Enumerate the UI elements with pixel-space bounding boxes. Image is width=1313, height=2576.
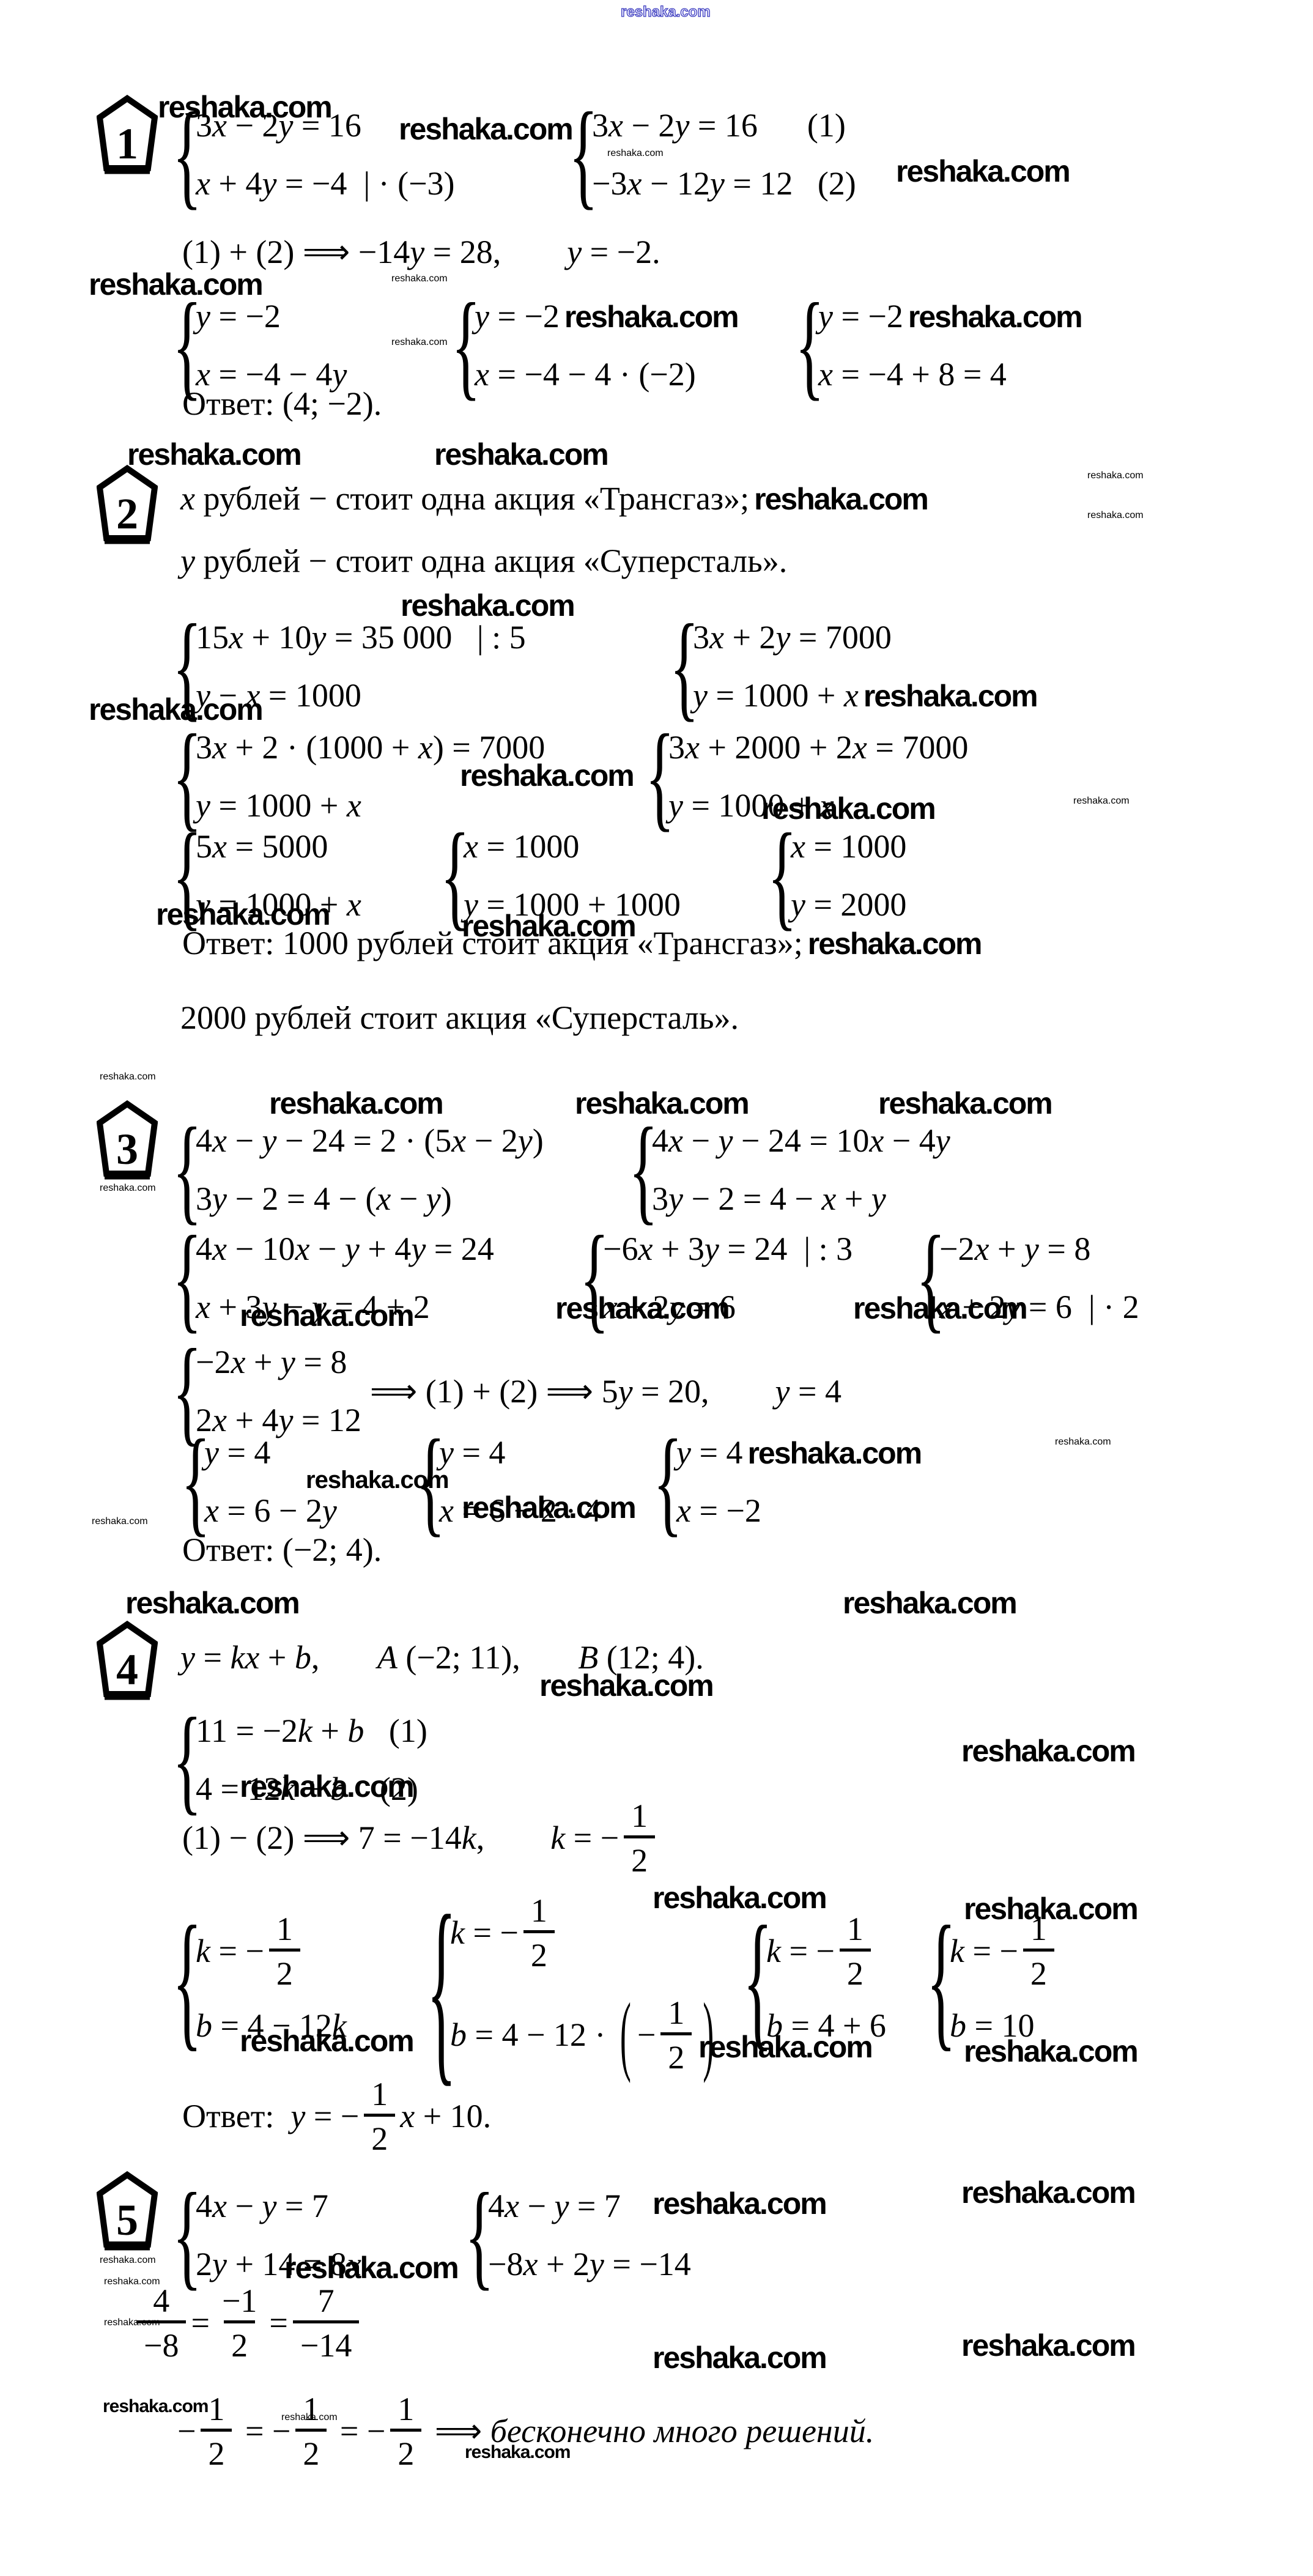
p4-kb-system-2: { k = −12 b = 4 − 12 · (−12) [427, 1887, 720, 2092]
numerator: 1 [364, 2078, 395, 2114]
p2-statement-y: y рублей − стоит одна акция «Суперсталь»… [180, 541, 787, 581]
fraction: −12 [215, 2284, 264, 2362]
p2-answer-line-2: 2000 рублей стоит акция «Суперсталь». [180, 998, 739, 1038]
denominator: −14 [293, 2320, 359, 2362]
watermark: reshaka.com [1087, 511, 1144, 520]
p2-system-7: { x = 1000 y = 2000 [767, 818, 906, 934]
watermark: reshaka.com [864, 681, 1037, 711]
watermark: reshaka.com [747, 1438, 921, 1468]
watermark: reshaka.com [391, 338, 448, 347]
equation-text: k = − [950, 1931, 1018, 1971]
p3-answer: Ответ: (−2; 4). [182, 1530, 382, 1570]
brace: { [629, 1111, 652, 1230]
watermark: reshaka.com [100, 1183, 156, 1193]
equation: y = 4 [439, 1424, 601, 1482]
brace: { [451, 286, 475, 405]
equation: x = 1000 [791, 818, 906, 876]
watermark: reshaka.com [808, 928, 982, 959]
p1-answer: Ответ: (4; −2). [182, 384, 382, 424]
equation: 3x − 2y = 16 (1) [592, 97, 856, 155]
p3-substitution-system-3: { y = 4reshaka.com x = −2 [653, 1424, 921, 1540]
problem-2-number: 2 [97, 473, 158, 554]
answer-post: x + 10. [400, 2097, 491, 2136]
problem-3-number: 3 [97, 1109, 158, 1190]
equation: 3x + 2y = 7000 [693, 609, 1037, 667]
p3-elimination-step: ⟹ (1) + (2) ⟹ 5y = 20, y = 4 [370, 1372, 841, 1412]
fraction: 12 [840, 1912, 871, 1990]
problem-2-badge: 2 [97, 465, 158, 546]
brace: { [172, 1219, 196, 1338]
numerator: 1 [201, 2393, 232, 2429]
p5-conclusion-row: − 12 = − 12 = − 12 ⟹ бесконечно много ре… [177, 2385, 874, 2477]
equation-text: y = 4 [676, 1433, 742, 1473]
problem-4-number: 4 [97, 1629, 158, 1710]
minus-sign: − [177, 2411, 196, 2451]
denominator: 2 [364, 2114, 395, 2155]
p5-ratio-row: 4−8 = −12 = 7−14 [131, 2274, 364, 2372]
problem-4-badge: 4 [97, 1621, 158, 1701]
p4-kb-system-4: { k = −12 b = 10 [926, 1905, 1059, 2055]
watermark: reshaka.com [964, 2036, 1137, 2067]
watermark: reshaka.com [843, 1588, 1016, 1618]
denominator: 2 [660, 2032, 692, 2074]
fraction: 12 [390, 2393, 421, 2470]
denominator: 2 [201, 2429, 232, 2470]
denominator: 2 [224, 2320, 255, 2362]
equation-text: k = − [450, 1913, 519, 1953]
numerator: 1 [295, 2393, 327, 2429]
watermark: reshaka.com [555, 1293, 729, 1323]
fraction: 12 [523, 1894, 555, 1972]
watermark: reshaka.com [1055, 1437, 1111, 1447]
equation: k = −12 [450, 1887, 720, 1978]
equation: 11 = −2k + b (1) [196, 1702, 427, 1760]
watermark: reshaka.com [961, 2330, 1135, 2361]
brace: { [767, 816, 791, 936]
watermark: reshaka.com [399, 114, 572, 144]
denominator: 2 [523, 1930, 555, 1972]
equation: 3x + 2000 + 2x = 7000 [668, 719, 968, 777]
equation-text: k = − [766, 1931, 835, 1971]
equation: x = −4 + 8 = 4 [818, 346, 1082, 404]
p1-substitution-system-3: { y = −2reshaka.com x = −4 + 8 = 4 [795, 287, 1082, 404]
brace: { [416, 1423, 439, 1542]
numerator: 1 [1023, 1912, 1054, 1949]
p4-elimination-step: (1) − (2) ⟹ 7 = −14k, k = − 12 [182, 1792, 660, 1884]
equation: −3x − 12y = 12 (2) [592, 155, 856, 213]
equation-text: y = −2 [818, 297, 903, 336]
equation: x = −2 [676, 1482, 921, 1540]
equation: k = −12 [950, 1905, 1059, 1997]
denominator: 2 [269, 1949, 300, 1990]
watermark: reshaka.com [391, 274, 448, 284]
fraction: 12 [269, 1912, 300, 1990]
equation: 4x − y − 24 = 2 · (5x − 2y) [196, 1112, 544, 1170]
denominator: 2 [624, 1835, 655, 1877]
equals-sign: = [191, 2303, 209, 2343]
watermark: reshaka.com [896, 156, 1070, 187]
fraction: 12 [201, 2393, 232, 2470]
numerator: 1 [624, 1799, 655, 1835]
brace: { [172, 95, 196, 215]
numerator: 1 [660, 1996, 692, 2032]
p3-system-expanded: { 4x − y − 24 = 10x − 4y 3y − 2 = 4 − x … [629, 1112, 950, 1228]
watermark: reshaka.com [754, 484, 928, 514]
brace: { [569, 95, 592, 215]
watermark: reshaka.com [853, 1293, 1027, 1323]
fraction: 12 [364, 2078, 395, 2155]
watermark: reshaka.com [698, 2032, 872, 2062]
brace: { [795, 286, 818, 405]
equation-text: b = 4 − 12 · [450, 2015, 614, 2055]
watermark: reshaka.com [653, 2342, 826, 2373]
watermark-top: reshaka.com [621, 4, 711, 21]
brace: { [440, 816, 464, 936]
problem-3-badge: 3 [97, 1100, 158, 1181]
watermark: reshaka.com [100, 1072, 156, 1082]
watermark: reshaka.com [462, 1492, 635, 1523]
numerator: −1 [215, 2284, 264, 2320]
problem-1-badge: 1 [97, 95, 158, 176]
fraction: 12 [1023, 1912, 1054, 1990]
p1-substitution-system-2: { y = −2reshaka.com x = −4 − 4 · (−2) [451, 287, 738, 404]
p4-answer: Ответ: y = − 12 x + 10. [182, 2070, 491, 2162]
watermark: reshaka.com [961, 1736, 1135, 1766]
problem-5-number: 5 [97, 2180, 158, 2260]
watermark: reshaka.com [104, 2318, 160, 2328]
watermark: reshaka.com [240, 1300, 413, 1331]
minus-sign: − [637, 2015, 656, 2055]
equation: y = −2reshaka.com [475, 287, 738, 346]
fraction: 7−14 [293, 2284, 359, 2362]
watermark: reshaka.com [460, 760, 634, 791]
watermark: reshaka.com [240, 2026, 413, 2056]
problem-5-badge: 5 [97, 2171, 158, 2252]
equals-minus: = − [331, 2411, 385, 2451]
denominator: 2 [1023, 1949, 1054, 1990]
left-paren: ( [620, 1982, 631, 2089]
watermark: reshaka.com [607, 149, 664, 158]
brace: { [172, 1904, 196, 2057]
fraction: 12 [624, 1799, 655, 1877]
watermark: reshaka.com [92, 1517, 148, 1527]
numerator: 7 [311, 2284, 342, 2320]
brace: { [181, 1423, 204, 1542]
equation-text: y = −2 [475, 297, 560, 336]
numerator: 4 [146, 2284, 177, 2320]
problem-1-number: 1 [97, 103, 158, 184]
equation: x = 1000 [464, 818, 681, 876]
implies-arrow: ⟹ [426, 2411, 490, 2451]
equation: 4x − y = 7 [196, 2177, 361, 2235]
watermark: reshaka.com [539, 1670, 713, 1701]
watermark: reshaka.com [564, 302, 738, 332]
equation: −2x + y = 8 [196, 1333, 361, 1391]
equation: x = −4 − 4 · (−2) [475, 346, 738, 404]
denominator: 2 [840, 1949, 871, 1990]
denominator: 2 [390, 2429, 421, 2470]
equation: 3y − 2 = 4 − x + y [652, 1170, 950, 1228]
equation: 5x = 5000 [196, 818, 361, 876]
watermark: reshaka.com [1073, 796, 1130, 806]
equation: y = 4reshaka.com [676, 1424, 921, 1482]
equals-minus: = − [237, 2411, 290, 2451]
watermark: reshaka.com [653, 2188, 826, 2219]
fraction: 12 [295, 2393, 327, 2470]
equation: −6x + 3y = 24 | : 3 [603, 1220, 853, 1278]
equation: y = −2 [196, 287, 347, 346]
p1-elimination-step: (1) + (2) ⟹ −14y = 28, y = −2. [182, 232, 660, 272]
solution-sheet: reshaka.com 1 reshaka.com { 3x − 2y = 16… [0, 0, 1313, 2576]
watermark: reshaka.com [1087, 471, 1144, 481]
numerator: 1 [269, 1912, 300, 1949]
equation: 3y − 2 = 4 − (x − y) [196, 1170, 544, 1228]
equation: y = −2reshaka.com [818, 287, 1082, 346]
p2-system-2: { 3x + 2y = 7000 y = 1000 + xreshaka.com [670, 609, 1037, 725]
p5-conclusion-text: бесконечно много решений. [490, 2411, 875, 2451]
equation: −2x + y = 8 [939, 1220, 1139, 1278]
watermark: reshaka.com [908, 302, 1082, 332]
answer-text: Ответ: 1000 рублей стоит акция «Трансгаз… [182, 925, 803, 961]
statement-text: x рублей − стоит одна акция «Трансгаз»; [180, 480, 749, 517]
equals-sign: = [269, 2303, 287, 2343]
numerator: 1 [840, 1912, 871, 1949]
step-text: (1) − (2) ⟹ 7 = −14k, k = − [182, 1818, 619, 1858]
watermark: reshaka.com [961, 2177, 1135, 2208]
denominator: 2 [295, 2429, 327, 2470]
p2-answer-line-1: Ответ: 1000 рублей стоит акция «Трансгаз… [182, 923, 982, 963]
brace: { [926, 1904, 950, 2057]
equation: k = −12 [196, 1905, 347, 1997]
answer-pre: Ответ: y = − [182, 2097, 359, 2136]
equation: k = −12 [766, 1905, 886, 1997]
equation: 15x + 10y = 35 000 | : 5 [196, 609, 526, 667]
equation: 4x − 10x − y + 4y = 24 [196, 1220, 494, 1278]
equation-text: k = − [196, 1931, 264, 1971]
p3-system-original: { 4x − y − 24 = 2 · (5x − 2y) 3y − 2 = 4… [172, 1112, 544, 1228]
fraction: 12 [660, 1996, 692, 2074]
watermark: reshaka.com [434, 439, 608, 470]
watermark: reshaka.com [125, 1588, 299, 1618]
brace: { [465, 2176, 488, 2295]
numerator: 1 [390, 2393, 421, 2429]
equation: −8x + 2y = −14 [488, 2235, 691, 2293]
equation: 4x − y − 24 = 10x − 4y [652, 1112, 950, 1170]
brace: { [653, 1423, 676, 1542]
watermark: reshaka.com [100, 2256, 156, 2265]
p2-statement-x: x рублей − стоит одна акция «Трансгаз»;r… [180, 479, 928, 519]
brace: { [427, 1886, 450, 2093]
equation: y = 1000 + xreshaka.com [693, 667, 1037, 725]
equation: x + 4y = −4 | · (−3) [196, 155, 455, 213]
numerator: 1 [523, 1894, 555, 1930]
equation-text: y = 1000 + x [693, 676, 859, 716]
brace: { [670, 607, 693, 727]
